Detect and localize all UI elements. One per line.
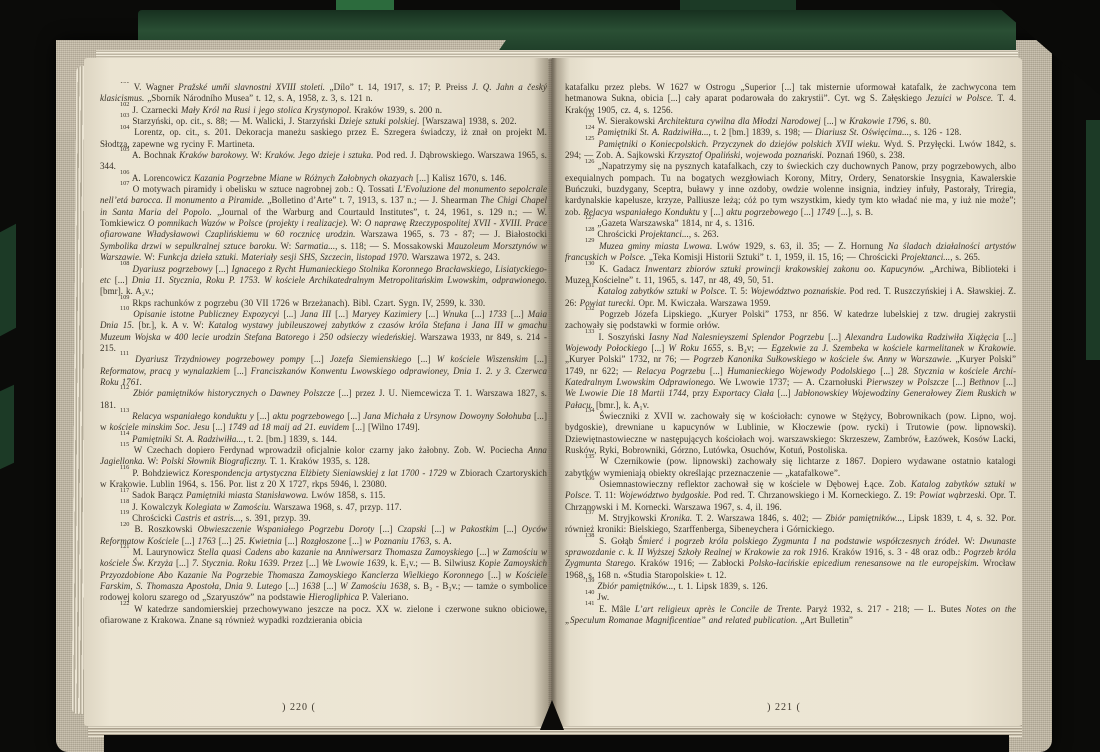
footnote-number: 139 [585, 577, 594, 584]
footnote-number: 134 [585, 407, 594, 414]
footnote-number: 133 [585, 328, 594, 335]
footnote-number: 106 [120, 169, 129, 176]
footnote-number: 109 [120, 294, 129, 301]
footnote-number: 122 [120, 600, 129, 607]
footnote-132: 132 Pogrzeb Józefa Lipskiego. „Kuryer Po… [565, 309, 1016, 332]
footnote-128: 128 Chrościcki Projektanci..., s. 263. [565, 229, 1016, 240]
footnote-number: 113 [120, 407, 129, 414]
footnote-117: 117 Sadok Barącz Pamiętniki miasta Stani… [100, 490, 547, 501]
book-bottom-shadow [104, 735, 1009, 752]
page-number-right: ) 221 ( [552, 702, 1019, 713]
footnote-number: 132 [585, 305, 594, 312]
footnote-number: 126 [585, 158, 594, 165]
footnote-number: 110 [120, 305, 129, 312]
footnote-number: 103 [120, 112, 129, 119]
footnote-number: 116 [120, 464, 129, 471]
right-page-footnotes: katafalku przez plebs. W 1627 w Ostrogu … [565, 82, 1016, 704]
footnote-number: 128 [585, 226, 594, 233]
footnote-number: 111 [120, 350, 129, 357]
footnote-number: 104 [120, 124, 129, 131]
footnote-134: 134 Świeczniki z XVII w. zachowały się w… [565, 411, 1016, 456]
footnote-130: 130 K. Gadacz Inwentarz zbiorów sztuki p… [565, 264, 1016, 287]
green-cloth-stripe-left-2 [0, 385, 14, 470]
footnote-135: 135 W Czernikowie (pow. lipnowski) zacho… [565, 456, 1016, 479]
green-cloth-stripe-right [1086, 120, 1100, 360]
footnote-108: 108 Dyariusz pogrzebowy [...] Ignacego z… [100, 264, 547, 298]
footnote-number: 131 [585, 282, 594, 289]
footnote-120: 120 B. Roszkowski Obwieszczenie Wspaniał… [100, 524, 547, 547]
footnote-number: 107 [120, 180, 129, 187]
footnote-138: 138 S. Gołąb Śmierć i pogrzeb króla pols… [565, 536, 1016, 581]
left-page-footnotes: 101 V. Wagner Pražské umňi slavnostni XV… [100, 82, 547, 704]
footnote-103: 103 Starzyński, op. cit., s. 88; — M. Wa… [100, 116, 547, 127]
footnote-111: 111 Dyariusz Trzydniowey pogrzebowey pom… [100, 354, 547, 388]
footnote-number: 118 [120, 498, 129, 505]
footnote-109: 109 Rkps rachunków z pogrzebu (30 VII 17… [100, 298, 547, 309]
page-number-left: ) 220 ( [84, 702, 531, 713]
footnote-126: 126 „Napatrzymy się na pysznych katafalk… [565, 161, 1016, 218]
footnote-139: 139 Zbiór pamiętników..., t. 1. Lipsk 18… [565, 581, 1016, 592]
footnote-number: 129 [585, 237, 594, 244]
footnote-number: 137 [585, 509, 594, 516]
footnote-number: 119 [120, 509, 129, 516]
footnote-140: 140 Jw. [565, 592, 1016, 603]
footnote-number: 108 [120, 260, 129, 267]
footnote-number: 135 [585, 453, 594, 460]
footnote-131: 131 Katalog zabytków sztuki w Polsce. T.… [565, 286, 1016, 309]
footnote-118: 118 J. Kowalczyk Kolegiata w Zamościu. W… [100, 502, 547, 513]
footnote-124: 124 Pamiętniki St. A. Radziwiłła..., t. … [565, 127, 1016, 138]
footnote-number: 136 [585, 475, 594, 482]
footnote-141: 141 E. Mâle L’art religieux après le Con… [565, 604, 1016, 627]
footnote-number: 123 [585, 112, 594, 119]
footnote-115: 115 W Czechach dopiero Ferdynad wprowadz… [100, 445, 547, 468]
photo-of-open-book: { "colors":{ "background":"#0b0b09", "cl… [0, 0, 1100, 752]
footnote-121: 121 M. Laurynowicz Stella quasi Cadens a… [100, 547, 547, 604]
footnote-number: 125 [585, 135, 594, 142]
footnote-107: 107 O motywach piramidy i obelisku w szt… [100, 184, 547, 263]
footnote-number: 114 [120, 430, 129, 437]
footnote-110: 110 Opisanie istotne Publiczney Expozycy… [100, 309, 547, 354]
footnote-113: 113 Relacya wspaniałego konduktu y [...]… [100, 411, 547, 434]
footnote-127: 127 „Gazeta Warszawska” 1814, nr 4, s. 1… [565, 218, 1016, 229]
footnote-123: 123 W. Sierakowski Architektura cywilna … [565, 116, 1016, 127]
footnote-106: 106 A. Lorencowicz Kazania Pogrzebne Mia… [100, 173, 547, 184]
footnote-number: 105 [120, 146, 129, 153]
footnote-129: 129 Muzea gminy miasta Lwowa. Lwów 1929,… [565, 241, 1016, 264]
footnote-133: 133 I. Soszyński Iasny Nad Nalesnieyszem… [565, 332, 1016, 411]
footnote-number: 121 [120, 543, 129, 550]
footnote-119: 119 Chrościcki Castris et astris..., s. … [100, 513, 547, 524]
footnote-number: 130 [585, 260, 594, 267]
footnote-136: 136 Osiemnastowieczny reflektor zachował… [565, 479, 1016, 513]
footnote-105: 105 A. Bochnak Kraków barokowy. W: Krakó… [100, 150, 547, 173]
left-page[interactable]: 101 V. Wagner Pražské umňi slavnostni XV… [84, 58, 548, 726]
footnote-continuation: katafalku przez plebs. W 1627 w Ostrogu … [565, 82, 1016, 116]
green-cloth-stripe-left-1 [0, 224, 16, 337]
footnote-137: 137 M. Stryjkowski Kronika. T. 2. Warsza… [565, 513, 1016, 536]
footnote-116: 116 P. Bohdziewicz Korespondencja artyst… [100, 468, 547, 491]
footnote-number: 138 [585, 532, 594, 539]
footnote-number: 141 [585, 600, 594, 607]
footnote-104: 104 Lorentz, op. cit., s. 201. Dekoracja… [100, 127, 547, 150]
footnote-125: 125 Pamiętniki o Koniecpolskich. Przyczy… [565, 139, 1016, 162]
footnote-101: 101 V. Wagner Pražské umňi slavnostni XV… [100, 82, 547, 105]
footnote-number: 115 [120, 441, 129, 448]
footnote-number: 120 [120, 521, 129, 528]
footnote-number: 112 [120, 384, 129, 391]
footnote-number: 124 [585, 124, 594, 131]
footnote-122: 122 W katedrze sandomierskiej przechowyw… [100, 604, 547, 627]
footnote-102: 102 J. Czarnecki Mały Król na Rusi i jeg… [100, 105, 547, 116]
footnote-112: 112 Zbiór pamiętników historycznych o Da… [100, 388, 547, 411]
footnote-number: 127 [585, 214, 594, 221]
footnote-number: 101 [120, 82, 129, 85]
footnote-number: 140 [585, 589, 594, 596]
right-page[interactable]: katafalku przez plebs. W 1627 w Ostrogu … [552, 58, 1022, 726]
footnote-114: 114 Pamiętniki St. A. Radziwiłła..., t. … [100, 434, 547, 445]
footnote-number: 117 [120, 487, 129, 494]
footnote-number: 102 [120, 101, 129, 108]
